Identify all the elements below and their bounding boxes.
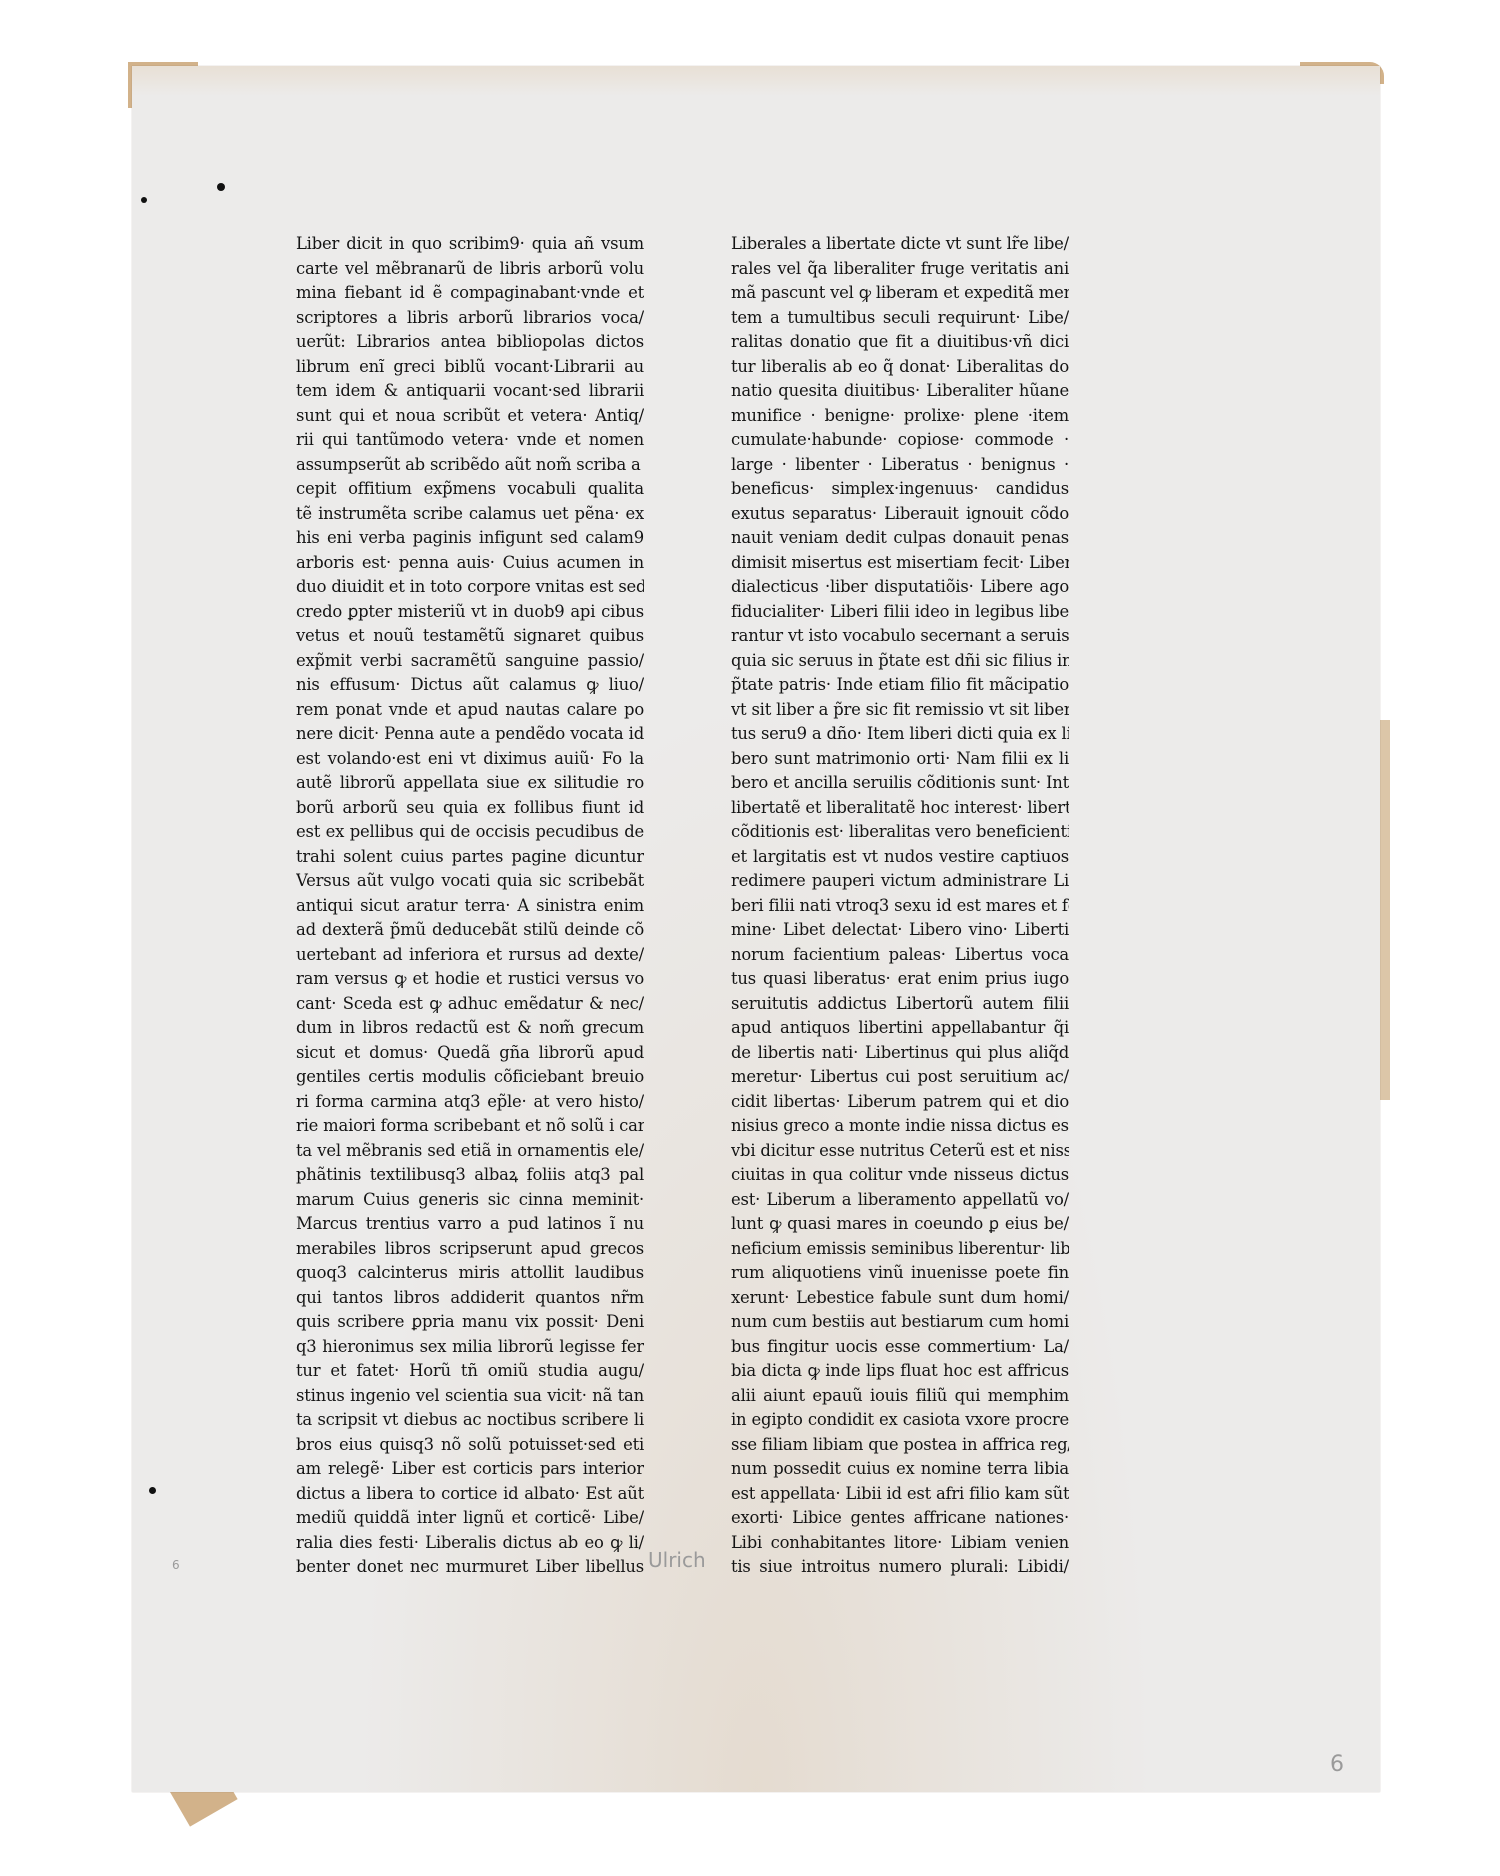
- text-line: tur liberalis ab eo q̃ donat· Liberalita…: [731, 355, 1069, 380]
- text-line: cepit offitium exp̃mens vocabuli qualita: [296, 477, 644, 502]
- text-line: est volando·est eni vt diximus auiũ· Fo …: [296, 747, 644, 772]
- text-line: rii qui tantũmodo vetera· vnde et nomen: [296, 428, 644, 453]
- pencil-margin-mark: 6: [172, 1558, 180, 1572]
- text-line: tus quasi liberatus· erat enim prius iug…: [731, 967, 1069, 992]
- text-line: rantur vt isto vocabulo secernant a seru…: [731, 624, 1069, 649]
- text-line: arboris est· penna auis· Cuius acumen in: [296, 551, 644, 576]
- text-line: num possedit cuius ex nomine terra libia: [731, 1457, 1069, 1482]
- text-line: nauit veniam dedit culpas donauit penas: [731, 526, 1069, 551]
- text-line: bros eius quisq3 nõ solũ potuisset·sed e…: [296, 1433, 644, 1458]
- text-line: cõditionis est· liberalitas vero benefic…: [731, 820, 1069, 845]
- text-line: bia dicta ꝙ inde lips fluat hoc est affr…: [731, 1359, 1069, 1384]
- text-line: benter donet nec murmuret Liber libellus: [296, 1555, 644, 1580]
- text-line: large · libenter · Liberatus · benignus …: [731, 453, 1069, 478]
- text-line: rem ponat vnde et apud nautas calare po: [296, 698, 644, 723]
- text-line: assumpserũt ab scribẽdo aũt nom̃ scriba …: [296, 453, 644, 478]
- text-line: mã pascunt vel ꝙ liberam et expeditã men: [731, 281, 1069, 306]
- text-line: bero sunt matrimonio orti· Nam filii ex …: [731, 747, 1069, 772]
- text-line: rum aliquotiens vinũ inuenisse poete fin: [731, 1261, 1069, 1286]
- text-column-left: Liber dicit in quo scribim9· quia añ vsu…: [296, 232, 644, 1580]
- text-line: exorti· Libice gentes affricane nationes…: [731, 1506, 1069, 1531]
- text-line: marum Cuius generis sic cinna meminit·: [296, 1188, 644, 1213]
- text-line: mediũ quiddã inter lignũ et corticẽ· Lib…: [296, 1506, 644, 1531]
- text-line: libertatẽ et liberalitatẽ hoc interest· …: [731, 796, 1069, 821]
- text-column-right: Liberales a libertate dicte vt sunt lr̃e…: [731, 232, 1069, 1580]
- text-line: cidit libertas· Liberum patrem qui et di…: [731, 1090, 1069, 1115]
- text-line: dum in libros redactũ est & nom̃ grecum: [296, 1016, 644, 1041]
- text-line: ciuitas in qua colitur vnde nisseus dict…: [731, 1163, 1069, 1188]
- text-line: phãtinis textilibusq3 albaꝝ foliis atq3 …: [296, 1163, 644, 1188]
- text-line: exutus separatus· Liberauit ignouit cõdo: [731, 502, 1069, 527]
- text-line: uertebant ad inferiora et rursus ad dext…: [296, 943, 644, 968]
- text-line: merabiles libros scripserunt apud grecos: [296, 1237, 644, 1262]
- text-line: est· Liberum a liberamento appellatũ vo/: [731, 1188, 1069, 1213]
- text-line: bus fingitur uocis esse commertium· La/: [731, 1335, 1069, 1360]
- text-line: alii aiunt epauũ iouis filiũ qui memphim: [731, 1384, 1069, 1409]
- text-line: vbi dicitur esse nutritus Ceterũ est et …: [731, 1139, 1069, 1164]
- text-line: redimere pauperi victum administrare Li: [731, 869, 1069, 894]
- text-line: quis scribere ꝑpria manu vix possit· Den…: [296, 1310, 644, 1335]
- text-line: exp̃mit verbi sacramẽtũ sanguine passio/: [296, 649, 644, 674]
- text-line: natio quesita diuitibus· Liberaliter hũa…: [731, 379, 1069, 404]
- text-line: ralitas donatio que fit a diuitibus·vñ d…: [731, 330, 1069, 355]
- text-line: ta scripsit vt diebus ac noctibus scribe…: [296, 1408, 644, 1433]
- text-line: et largitatis est vt nudos vestire capti…: [731, 845, 1069, 870]
- text-line: antiqui sicut aratur terra· A sinistra e…: [296, 894, 644, 919]
- text-line: his eni verba paginis infigunt sed calam…: [296, 526, 644, 551]
- text-line: librum enĩ greci biblũ vocant·Librarii a…: [296, 355, 644, 380]
- text-line: duo diuidit et in toto corpore vnitas es…: [296, 575, 644, 600]
- text-line: tem a tumultibus seculi requirunt· Libe/: [731, 306, 1069, 331]
- text-line: vetus et nouũ testamẽtũ signaret quibus: [296, 624, 644, 649]
- text-line: xerunt· Lebestice fabule sunt dum homi/: [731, 1286, 1069, 1311]
- text-line: uerũt: Librarios antea bibliopolas dicto…: [296, 330, 644, 355]
- text-line: tis siue introitus numero plurali: Libid…: [731, 1555, 1069, 1580]
- text-line: Liberales a libertate dicte vt sunt lr̃e…: [731, 232, 1069, 257]
- text-line: Liber dicit in quo scribim9· quia añ vsu…: [296, 232, 644, 257]
- text-line: tur et fatet· Horũ tñ omiũ studia augu/: [296, 1359, 644, 1384]
- text-line: Libi conhabitantes litore· Libiam venien: [731, 1531, 1069, 1556]
- text-line: norum facientium paleas· Libertus voca: [731, 943, 1069, 968]
- text-line: q3 hieronimus sex milia librorũ legisse …: [296, 1335, 644, 1360]
- text-line: dictus a libera to cortice id albato· Es…: [296, 1482, 644, 1507]
- text-line: est ex pellibus qui de occisis pecudibus…: [296, 820, 644, 845]
- text-line: est appellata· Libii id est afri filio k…: [731, 1482, 1069, 1507]
- text-line: fiducialiter· Liberi filii ideo in legib…: [731, 600, 1069, 625]
- text-line: ri forma carmina atq3 ep̃le· at vero his…: [296, 1090, 644, 1115]
- text-line: rie maiori forma scribebant et nõ solũ i…: [296, 1114, 644, 1139]
- text-line: borũ arborũ seu quia ex follibus fiunt i…: [296, 796, 644, 821]
- text-line: nis effusum· Dictus aũt calamus ꝙ liuo/: [296, 673, 644, 698]
- text-line: mine· Libet delectat· Libero vino· Liber…: [731, 918, 1069, 943]
- tape-strip-right: [1380, 720, 1390, 1100]
- text-line: quoq3 calcinterus miris attollit laudibu…: [296, 1261, 644, 1286]
- text-line: apud antiquos libertini appellabantur q̃…: [731, 1016, 1069, 1041]
- text-line: bero et ancilla seruilis cõditionis sunt…: [731, 771, 1069, 796]
- text-line: de libertis nati· Libertinus qui plus al…: [731, 1041, 1069, 1066]
- text-line: tus seru9 a dño· Item liberi dicti quia …: [731, 722, 1069, 747]
- text-line: sse filiam libiam que postea in affrica …: [731, 1433, 1069, 1458]
- wormhole-mark: [149, 1487, 156, 1494]
- text-line: rales vel q̃a liberaliter fruge veritati…: [731, 257, 1069, 282]
- text-line: quia sic seruus in p̃tate est dñi sic fi…: [731, 649, 1069, 674]
- text-line: dimisit misertus est misertiam fecit· Li…: [731, 551, 1069, 576]
- text-line: ram versus ꝙ et hodie et rustici versus …: [296, 967, 644, 992]
- text-line: trahi solent cuius partes pagine dicuntu…: [296, 845, 644, 870]
- text-line: am relegẽ· Liber est corticis pars inter…: [296, 1457, 644, 1482]
- text-line: nisius greco a monte indie nissa dictus …: [731, 1114, 1069, 1139]
- text-line: seruitutis addictus Libertorũ autem fili…: [731, 992, 1069, 1017]
- text-line: beri filii nati vtroq3 sexu id est mares…: [731, 894, 1069, 919]
- text-line: cant· Sceda est ꝙ adhuc emẽdatur & nec/: [296, 992, 644, 1017]
- text-line: qui tantos libros addiderit quantos nr̃m: [296, 1286, 644, 1311]
- text-line: Marcus trentius varro a pud latinos ĩ nu: [296, 1212, 644, 1237]
- pencil-page-number: 6: [1330, 1752, 1344, 1777]
- text-line: cumulate·habunde· copiose· commode ·: [731, 428, 1069, 453]
- text-line: ta vel mẽbranis sed etiã in ornamentis e…: [296, 1139, 644, 1164]
- text-line: ralia dies festi· Liberalis dictus ab eo…: [296, 1531, 644, 1556]
- text-line: dialecticus ·liber disputatiõis· Libere …: [731, 575, 1069, 600]
- text-line: autẽ librorũ appellata siue ex silitudie…: [296, 771, 644, 796]
- text-line: in egipto condidit ex casiota vxore proc…: [731, 1408, 1069, 1433]
- wormhole-mark: [217, 183, 225, 191]
- text-line: p̃tate patris· Inde etiam filio fit mãci…: [731, 673, 1069, 698]
- text-line: lunt ꝙ quasi mares in coeundo ꝑ eius be/: [731, 1212, 1069, 1237]
- text-line: credo ꝑpter misteriũ vt in duob9 api cib…: [296, 600, 644, 625]
- text-line: munifice · benigne· prolixe· plene ·item: [731, 404, 1069, 429]
- text-line: neficium emissis seminibus liberentur· l…: [731, 1237, 1069, 1262]
- text-line: sicut et domus· Quedã gña librorũ apud: [296, 1041, 644, 1066]
- text-line: ad dexterã p̃mũ deducebãt stilũ deinde c…: [296, 918, 644, 943]
- text-line: carte vel mẽbranarũ de libris arborũ vol…: [296, 257, 644, 282]
- text-line: mina fiebant id ẽ compaginabant·vnde et: [296, 281, 644, 306]
- text-line: tẽ instrumẽta scribe calamus uet pẽna· e…: [296, 502, 644, 527]
- text-line: num cum bestiis aut bestiarum cum homi: [731, 1310, 1069, 1335]
- text-line: beneficus· simplex·ingenuus· candidus: [731, 477, 1069, 502]
- text-line: gentiles certis modulis cõficiebant breu…: [296, 1065, 644, 1090]
- text-line: vt sit liber a p̃re sic fit remissio vt …: [731, 698, 1069, 723]
- text-line: sunt qui et noua scribũt et vetera· Anti…: [296, 404, 644, 429]
- text-line: meretur· Libertus cui post seruitium ac/: [731, 1065, 1069, 1090]
- text-line: scriptores a libris arborũ librarios voc…: [296, 306, 644, 331]
- text-line: nere dicit· Penna aute a pendẽdo vocata …: [296, 722, 644, 747]
- wormhole-mark: [141, 197, 147, 203]
- text-line: stinus ingenio vel scientia sua vicit· n…: [296, 1384, 644, 1409]
- pencil-annotation-name: Ulrich: [648, 1548, 706, 1572]
- text-line: Versus aũt vulgo vocati quia sic scribeb…: [296, 869, 644, 894]
- text-line: tem idem & antiquarii vocant·sed librari…: [296, 379, 644, 404]
